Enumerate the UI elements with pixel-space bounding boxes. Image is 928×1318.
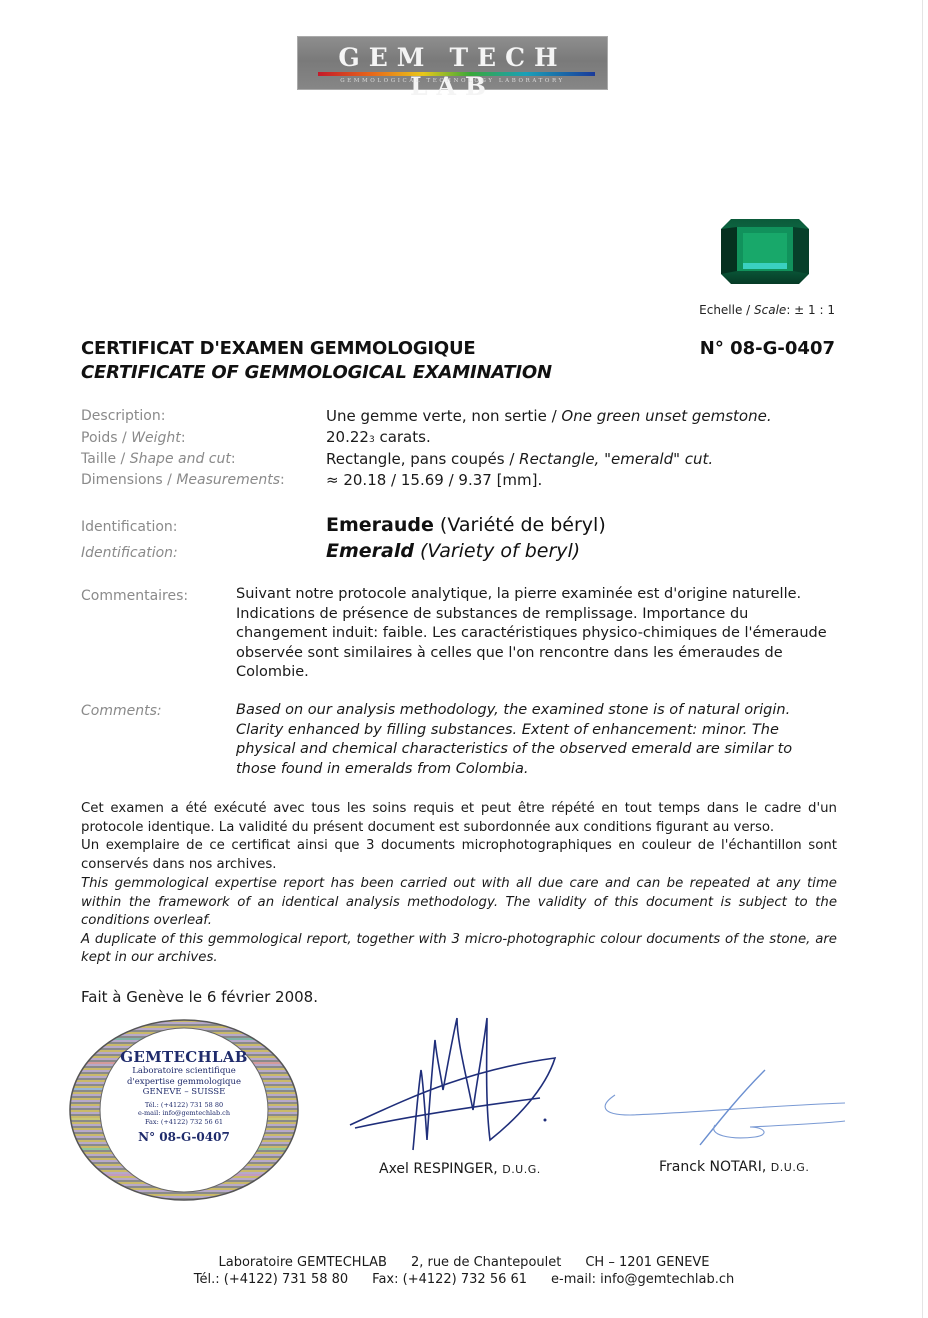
emerald-gem-image	[721, 219, 809, 284]
address-email[interactable]: e-mail: info@gemtechlab.ch	[551, 1271, 734, 1288]
logo-word-2: TECH	[449, 43, 566, 72]
footer-notes-en: This gemmological expertise report has b…	[81, 875, 837, 968]
scale-label-en: Scale	[754, 303, 786, 317]
gemtechlab-logo: GEM TECH LAB GEMMOLOGICAL TECHNOLOGY LAB…	[297, 36, 608, 90]
seal-email: e-mail: info@gemtechlab.ch	[68, 1109, 300, 1118]
comments-fr: Suivant notre protocole analytique, la p…	[236, 585, 836, 683]
address-line-1: Laboratoire GEMTECHLAB2, rue de Chantepo…	[0, 1254, 928, 1271]
footer-note-en-1: This gemmological expertise report has b…	[81, 875, 837, 931]
signatory-2: Franck NOTARI, D.U.G.	[659, 1159, 809, 1175]
label-weight: Poids / Weight:	[81, 430, 186, 446]
address-line-2: Tél.: (+4122) 731 58 80Fax: (+4122) 732 …	[0, 1271, 928, 1288]
logo-word-1: GEM	[338, 43, 433, 72]
scan-edge-line	[922, 0, 923, 1318]
seal-brand: GEMTECHLAB	[68, 1048, 300, 1066]
seal-line-2: d'expertise gemmologique	[68, 1077, 300, 1088]
value-weight: 20.223 carats.	[326, 428, 431, 446]
seal-line-1: Laboratoire scientifique	[68, 1066, 300, 1077]
label-identification-en: Identification:	[81, 545, 178, 561]
label-description: Description:	[81, 408, 165, 424]
label-identification-fr: Identification:	[81, 519, 178, 535]
seal-number: N° 08-G-0407	[68, 1130, 300, 1144]
identification-fr: Emeraude (Variété de béryl)	[326, 514, 606, 536]
seal-tel: Tél.: (+4122) 731 58 80	[68, 1101, 300, 1110]
logo-word-3: LAB	[410, 72, 495, 101]
address-city: CH – 1201 GENEVE	[585, 1254, 709, 1271]
certificate-title-en: CERTIFICATE OF GEMMOLOGICAL EXAMINATION	[81, 362, 552, 383]
place-date: Fait à Genève le 6 février 2008.	[81, 988, 318, 1006]
signature-respinger	[345, 1010, 565, 1155]
value-dimensions: ≈ 20.18 / 15.69 / 9.37 [mm].	[326, 471, 542, 489]
identification-en: Emerald (Variety of beryl)	[326, 540, 580, 562]
footer-note-fr-1: Cet examen a été exécuté avec tous les s…	[81, 800, 837, 837]
label-comments-fr: Commentaires:	[81, 588, 188, 604]
address-tel: Tél.: (+4122) 731 58 80	[194, 1271, 348, 1288]
scale-label-fr: Echelle /	[699, 303, 754, 317]
label-shape: Taille / Shape and cut:	[81, 451, 236, 467]
seal-fax: Fax: (+4122) 732 56 61	[68, 1118, 300, 1127]
value-shape: Rectangle, pans coupés / Rectangle, "eme…	[326, 450, 713, 468]
signature-notari	[600, 1065, 850, 1150]
seal-line-3: GENEVE – SUISSE	[68, 1087, 300, 1098]
value-description: Une gemme verte, non sertie / One green …	[326, 407, 772, 425]
logo-spectrum-bar	[318, 72, 595, 76]
signatory-1: Axel RESPINGER, D.U.G.	[379, 1161, 541, 1177]
certificate-title-fr: CERTIFICAT D'EXAMEN GEMMOLOGIQUE	[81, 338, 476, 359]
certificate-number: N° 08-G-0407	[690, 338, 835, 359]
footer-note-fr-2: Un exemplaire de ce certificat ainsi que…	[81, 837, 837, 874]
address-lab-name: Laboratoire GEMTECHLAB	[218, 1254, 386, 1271]
logo-subtitle: GEMMOLOGICAL TECHNOLOGY LABORATORY	[298, 78, 607, 84]
label-dimensions: Dimensions / Measurements:	[81, 472, 285, 488]
scale-value: : ± 1 : 1	[786, 303, 835, 317]
address-street: 2, rue de Chantepoulet	[411, 1254, 561, 1271]
comments-en: Based on our analysis methodology, the e…	[236, 701, 836, 779]
seal-text: GEMTECHLAB Laboratoire scientifique d'ex…	[68, 1048, 300, 1144]
label-comments-en: Comments:	[81, 703, 162, 719]
footer-note-en-2: A duplicate of this gemmological report,…	[81, 931, 837, 968]
footer-notes-fr: Cet examen a été exécuté avec tous les s…	[81, 800, 837, 874]
scale-label: Echelle / Scale: ± 1 : 1	[690, 303, 835, 317]
address-fax: Fax: (+4122) 732 56 61	[372, 1271, 527, 1288]
